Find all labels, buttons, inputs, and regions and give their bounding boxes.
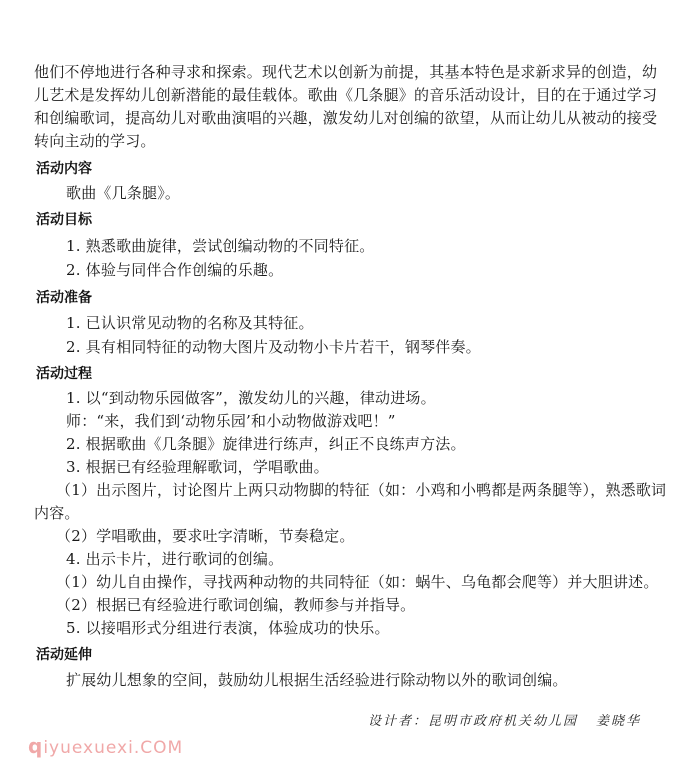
process-item: 师：“来，我们到‘动物乐园’和小动物做游戏吧！”	[66, 411, 396, 431]
extension-line: 扩展幼儿想象的空间，鼓励幼儿根据生活经验进行除动物以外的歌词创编。	[66, 670, 568, 690]
preparation-item: 2. 具有相同特征的动物大图片及动物小卡片若干，钢琴伴奏。	[66, 337, 481, 357]
watermark: qiyuexuexi.COM	[28, 736, 183, 758]
designer-label: 设计者：	[368, 714, 428, 729]
process-item: 内容。	[34, 503, 80, 523]
section-heading-process: 活动过程	[36, 364, 92, 384]
process-item: （2）根据已有经验进行歌词创编，教师参与并指导。	[56, 595, 415, 615]
preparation-item: 1. 已认识常见动物的名称及其特征。	[66, 313, 314, 333]
watermark-logo-q: q	[28, 734, 43, 758]
designer-organization: 昆明市政府机关幼儿园	[428, 714, 578, 729]
process-item: 1. 以“到动物乐园做客”，激发幼儿的兴趣，律动进场。	[66, 388, 436, 408]
section-heading-goals: 活动目标	[36, 210, 92, 230]
process-item: 4. 出示卡片，进行歌词的创编。	[66, 549, 283, 569]
process-item: 5. 以接唱形式分组进行表演，体验成功的快乐。	[66, 618, 390, 638]
intro-line: 儿艺术是发挥幼儿创新潜能的最佳载体。歌曲《几条腿》的音乐活动设计，目的在于通过学…	[34, 85, 657, 105]
process-item: 3. 根据已有经验理解歌词，学唱歌曲。	[66, 457, 329, 477]
intro-line: 他们不停地进行各种寻求和探索。现代艺术以创新为前提，其基本特色是求新求异的创造，…	[34, 62, 657, 82]
process-item: （2）学唱歌曲，要求吐字清晰，节奏稳定。	[56, 526, 355, 546]
section-heading-extension: 活动延伸	[36, 645, 92, 665]
goal-item: 1. 熟悉歌曲旋律，尝试创编动物的不同特征。	[66, 236, 374, 256]
watermark-text: iyuexuexi.COM	[43, 738, 183, 758]
process-item: （1）出示图片，讨论图片上两只动物脚的特征（如：小鸡和小鸭都是两条腿等），熟悉歌…	[56, 480, 666, 500]
goal-item: 2. 体验与同伴合作创编的乐趣。	[66, 260, 283, 280]
process-item: （1）幼儿自由操作，寻找两种动物的共同特征（如：蜗牛、乌龟都会爬等）并大胆讲述。	[56, 572, 659, 592]
section-heading-preparation: 活动准备	[36, 288, 92, 308]
intro-line: 转向主动的学习。	[34, 131, 156, 151]
content-line: 歌曲《几条腿》。	[66, 183, 180, 203]
intro-line: 和创编歌词，提高幼儿对歌曲演唱的兴趣，激发幼儿对创编的欲望，从而让幼儿从被动的接…	[34, 108, 657, 128]
process-item: 2. 根据歌曲《几条腿》旋律进行练声，纠正不良练声方法。	[66, 434, 466, 454]
designer-author: 姜晓华	[596, 714, 641, 729]
designer-credit: 设计者：昆明市政府机关幼儿园姜晓华	[368, 713, 641, 731]
document-page: 他们不停地进行各种寻求和探索。现代艺术以创新为前提，其基本特色是求新求异的创造，…	[0, 0, 700, 769]
section-heading-content: 活动内容	[36, 159, 92, 179]
